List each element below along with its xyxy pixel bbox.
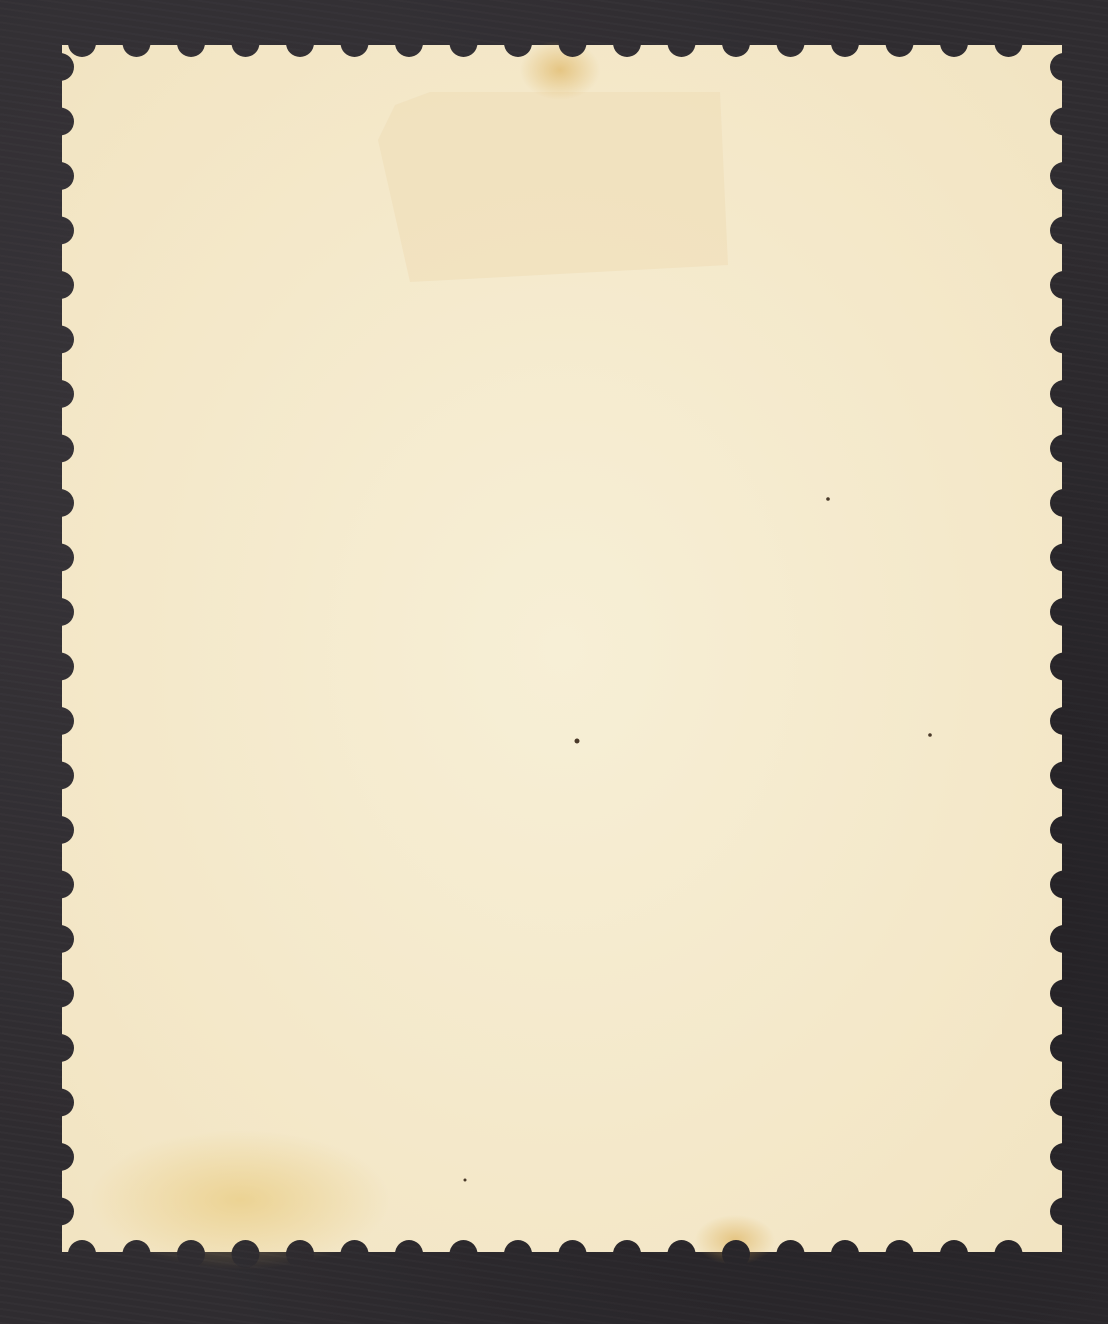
stain-bottom-right [695, 1215, 775, 1265]
hinge-remnant [378, 92, 728, 282]
stain-bottom-left [90, 1130, 390, 1270]
stamp-back [0, 0, 1108, 1324]
stain-top [520, 40, 600, 100]
